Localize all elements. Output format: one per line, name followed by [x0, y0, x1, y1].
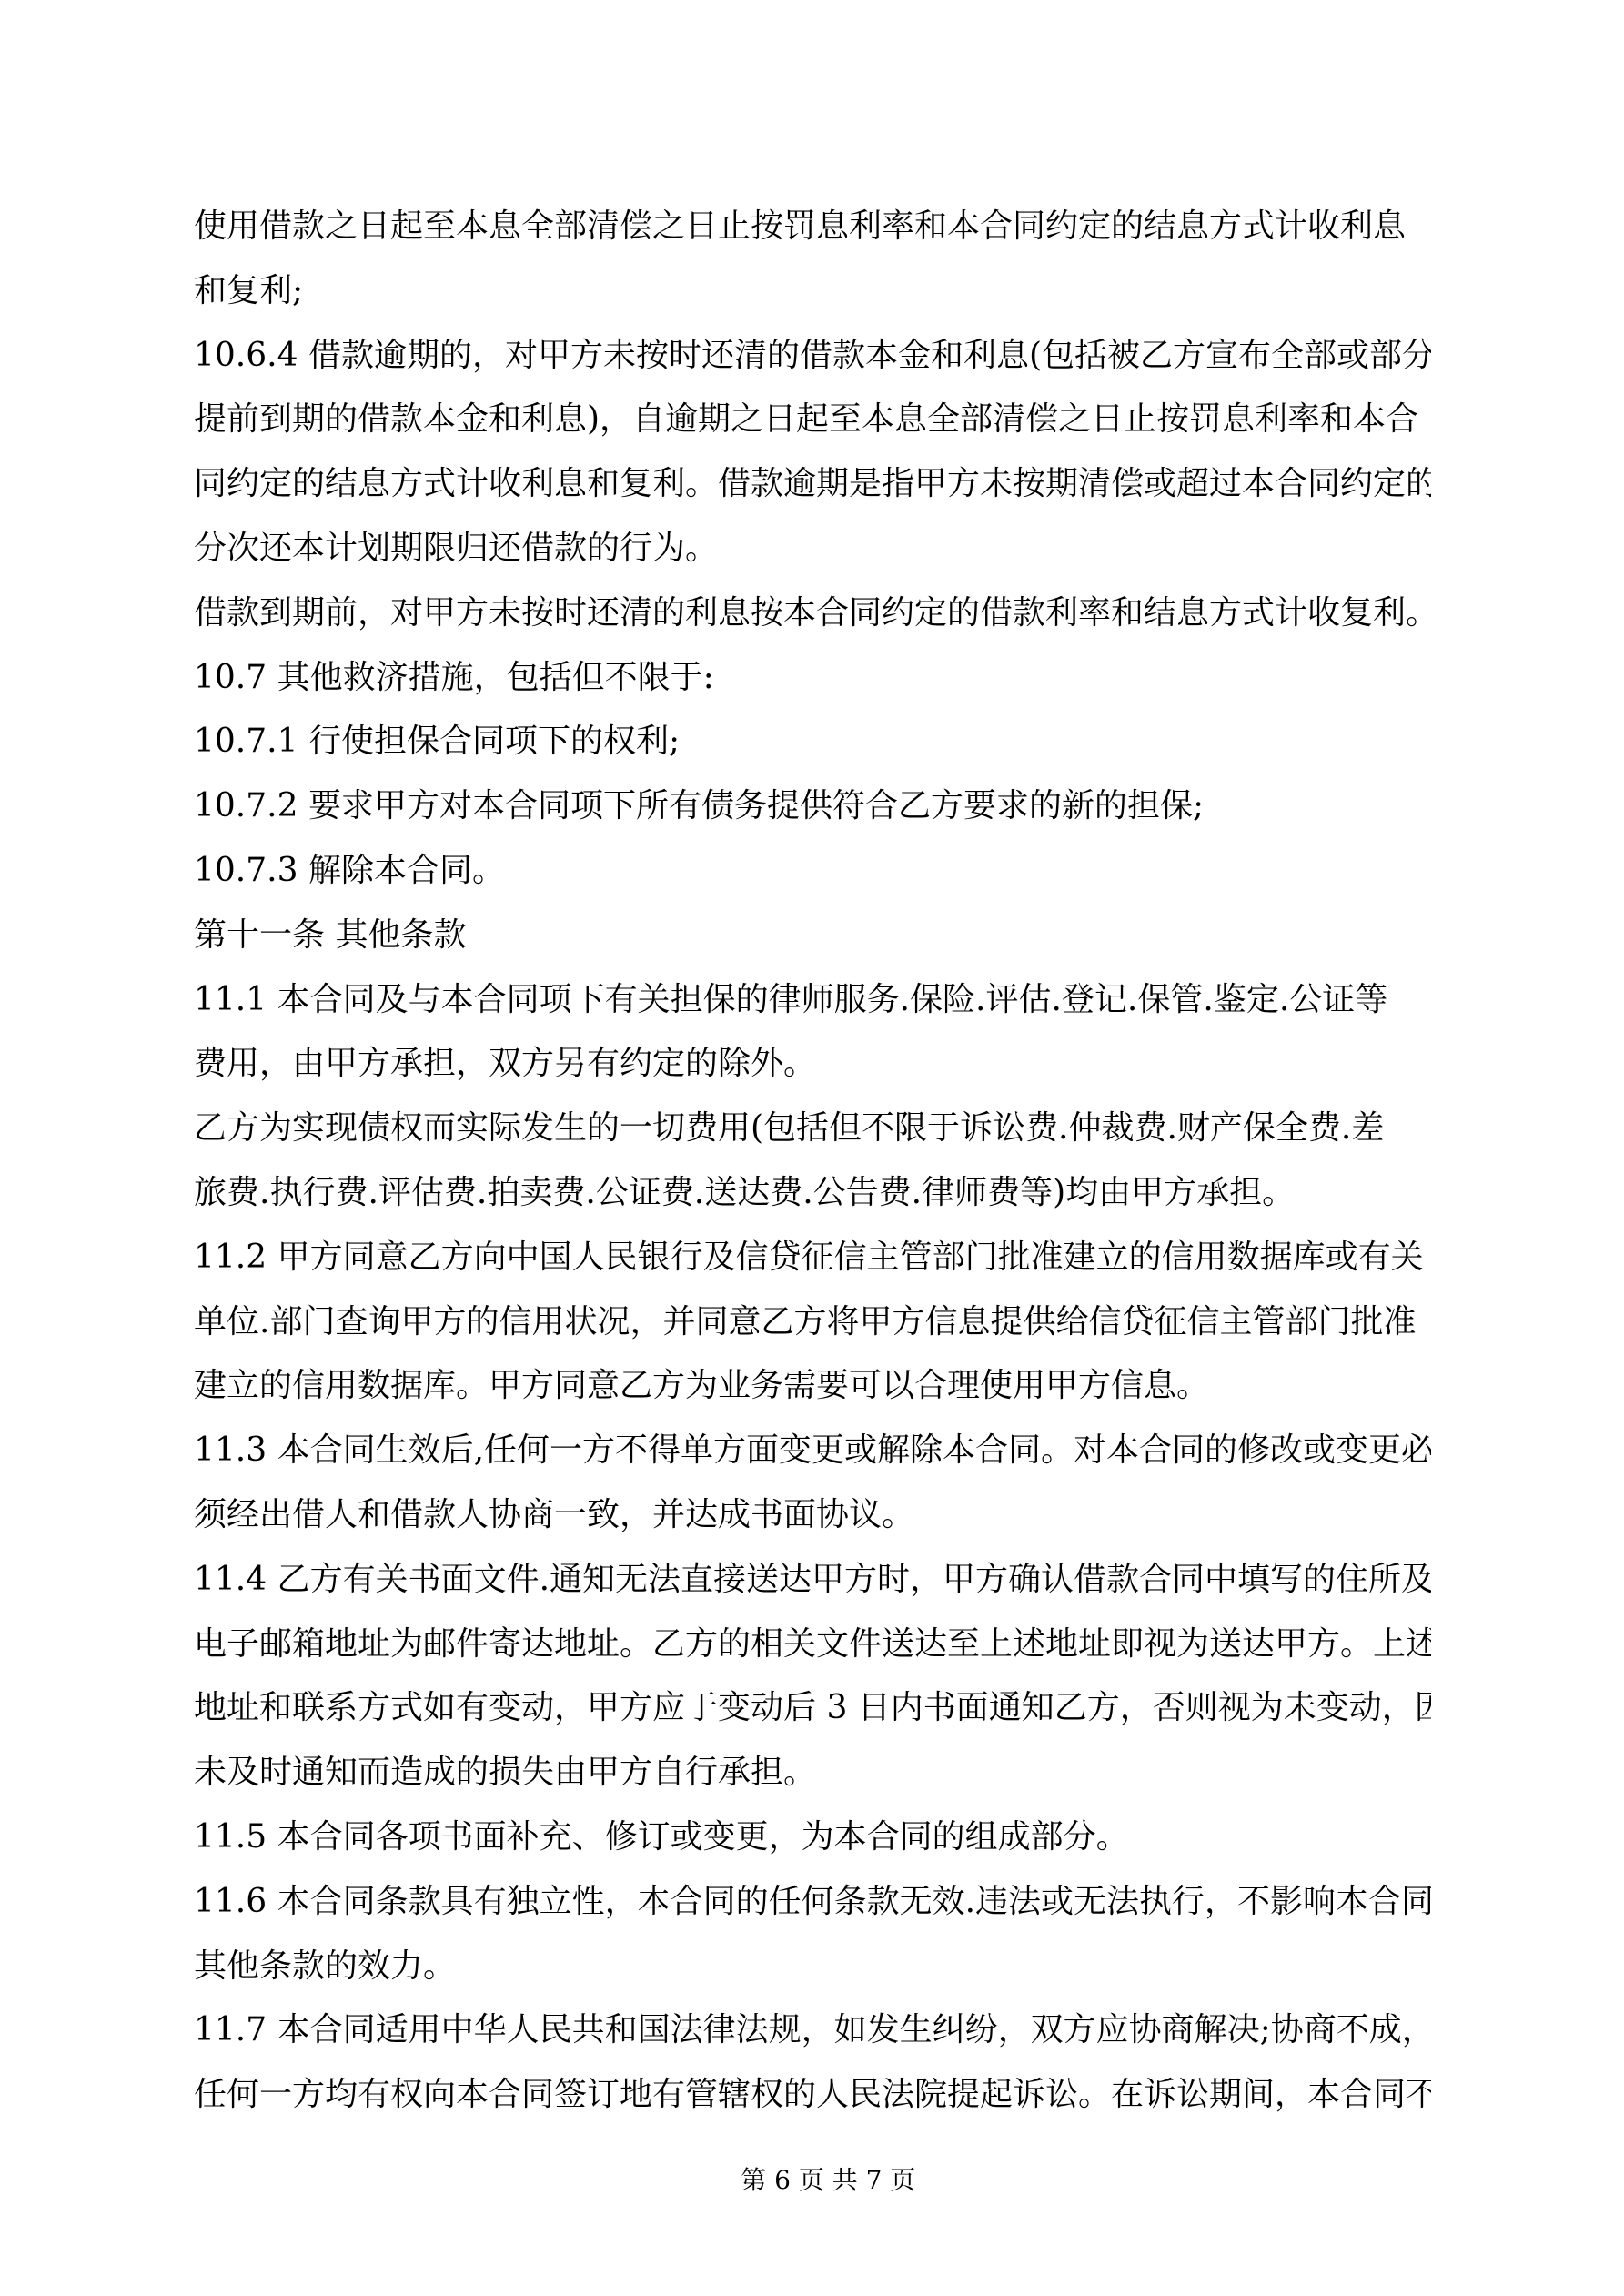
contract-line: 提前到期的借款本金和利息)，自逾期之日起至本息全部清偿之日止按罚息利率和本合 [194, 388, 1431, 452]
contract-line-clause-11-1: 11.1 本合同及与本合同项下有关担保的律师服务.保险.评估.登记.保管.鉴定.… [194, 968, 1431, 1033]
contract-line: 借款到期前，对甲方未按时还清的利息按本合同约定的借款利率和结息方式计收复利。 [194, 582, 1431, 646]
contract-line-clause-11-6: 11.6 本合同条款具有独立性，本合同的任何条款无效.违法或无法执行，不影响本合… [194, 1870, 1431, 1935]
contract-line-clause-10-7-1: 10.7.1 行使担保合同项下的权利; [194, 710, 1431, 774]
page-number: 第 6 页 共 7 页 [741, 2165, 915, 2195]
contract-line: 地址和联系方式如有变动，甲方应于变动后 3 日内书面通知乙方，否则视为未变动，因 [194, 1676, 1431, 1741]
contract-line: 和复利; [194, 259, 1431, 324]
contract-line: 须经出借人和借款人协商一致，并达成书面协议。 [194, 1483, 1431, 1548]
contract-line: 乙方为实现债权而实际发生的一切费用(包括但不限于诉讼费.仲裁费.财产保全费.差 [194, 1097, 1431, 1161]
contract-body: 使用借款之日起至本息全部清偿之日止按罚息利率和本合同约定的结息方式计收利息 和复… [194, 195, 1431, 2128]
contract-line: 同约定的结息方式计收利息和复利。借款逾期是指甲方未按期清偿或超过本合同约定的 [194, 452, 1431, 517]
contract-line: 单位.部门查询甲方的信用状况，并同意乙方将甲方信息提供给信贷征信主管部门批准 [194, 1290, 1431, 1355]
contract-line: 建立的信用数据库。甲方同意乙方为业务需要可以合理使用甲方信息。 [194, 1354, 1431, 1419]
contract-line: 其他条款的效力。 [194, 1935, 1431, 1999]
contract-line: 任何一方均有权向本合同签订地有管辖权的人民法院提起诉讼。在诉讼期间，本合同不 [194, 2063, 1431, 2128]
contract-line: 费用，由甲方承担，双方另有约定的除外。 [194, 1032, 1431, 1097]
contract-line-clause-10-6-4: 10.6.4 借款逾期的，对甲方未按时还清的借款本金和利息(包括被乙方宣布全部或… [194, 324, 1431, 389]
contract-line-clause-11-2: 11.2 甲方同意乙方向中国人民银行及信贷征信主管部门批准建立的信用数据库或有关 [194, 1226, 1431, 1290]
contract-line-clause-10-7-3: 10.7.3 解除本合同。 [194, 839, 1431, 904]
contract-line-clause-10-7: 10.7 其他救济措施，包括但不限于: [194, 646, 1431, 711]
contract-line-clause-11-4: 11.4 乙方有关书面文件.通知无法直接送达甲方时，甲方确认借款合同中填写的住所… [194, 1548, 1431, 1613]
contract-line: 未及时通知而造成的损失由甲方自行承担。 [194, 1741, 1431, 1805]
contract-line-clause-11-7: 11.7 本合同适用中华人民共和国法律法规，如发生纠纷，双方应协商解决;协商不成… [194, 1998, 1431, 2063]
contract-line: 分次还本计划期限归还借款的行为。 [194, 517, 1431, 582]
contract-line-clause-10-7-2: 10.7.2 要求甲方对本合同项下所有债务提供符合乙方要求的新的担保; [194, 774, 1431, 839]
contract-line: 使用借款之日起至本息全部清偿之日止按罚息利率和本合同约定的结息方式计收利息 [194, 195, 1431, 259]
contract-line: 电子邮箱地址为邮件寄达地址。乙方的相关文件送达至上述地址即视为送达甲方。上述 [194, 1613, 1431, 1677]
contract-line-clause-11-5: 11.5 本合同各项书面补充、修订或变更，为本合同的组成部分。 [194, 1805, 1431, 1870]
contract-line-article-11-heading: 第十一条 其他条款 [194, 904, 1431, 968]
page-footer: 第 6 页 共 7 页 [0, 2126, 1624, 2235]
contract-page: 使用借款之日起至本息全部清偿之日止按罚息利率和本合同约定的结息方式计收利息 和复… [0, 0, 1624, 2296]
contract-line: 旅费.执行费.评估费.拍卖费.公证费.送达费.公告费.律师费等)均由甲方承担。 [194, 1161, 1431, 1226]
contract-line-clause-11-3: 11.3 本合同生效后,任何一方不得单方面变更或解除本合同。对本合同的修改或变更… [194, 1419, 1431, 1483]
